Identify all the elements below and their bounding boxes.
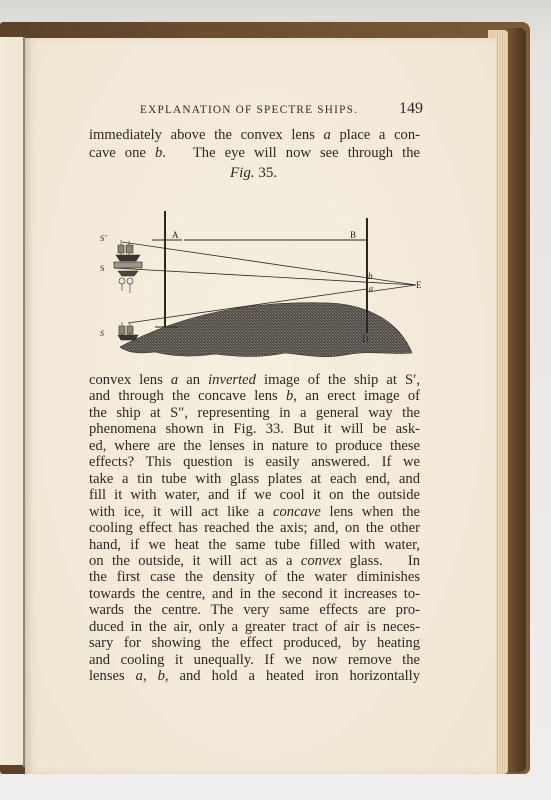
text-line: with ice, it will act like a concave len… — [89, 504, 420, 520]
label-b: b — [368, 271, 373, 281]
text-line: and cooling it unequally. If we now remo… — [89, 652, 420, 668]
left-page-sliver — [0, 37, 24, 765]
label-S: S — [100, 329, 104, 338]
text-line: sary for showing the effect produced, by… — [89, 635, 420, 651]
text-line: cooling effect has reached the axis; and… — [89, 520, 420, 536]
figure-35-diagram: A B b a E D S˝ S S — [100, 205, 430, 365]
text-line: hand, if we heat the same tube filled wi… — [89, 537, 420, 553]
text-line: convex lens a an inverted image of the s… — [89, 372, 420, 388]
text-line: fill it with water, and if we cool it on… — [89, 487, 420, 503]
label-a: a — [369, 284, 373, 293]
label-S-double-prime: S˝ — [100, 234, 107, 243]
lens-diagram-svg: A B b a E D S˝ S S — [100, 205, 430, 365]
italic-a: a — [324, 127, 331, 143]
text-line: and through the concave lens b, an erect… — [89, 388, 420, 404]
text-line: cave one b. The eye will now see through… — [89, 145, 420, 163]
text-line: ed, where are the lenses in nature to pr… — [89, 438, 420, 454]
text-line: towards the centre, and in the second it… — [89, 586, 420, 602]
figure-caption-prefix: Fig. — [230, 165, 255, 181]
text-line: effects? This question is easily answere… — [89, 454, 420, 470]
running-title: EXPLANATION OF SPECTRE SHIPS. — [140, 104, 358, 116]
top-paragraph: immediately above the convex lens a plac… — [89, 127, 420, 162]
text-line: the ship at S″, representing in a genera… — [89, 405, 420, 421]
text-line: immediately above the convex lens a plac… — [89, 127, 420, 145]
text-line: wards the centre. The very same effects … — [89, 602, 420, 618]
figure-caption-number: 35. — [258, 165, 277, 181]
body-paragraph: convex lens a an inverted image of the s… — [89, 372, 420, 685]
text-line: lenses a, b, and hold a heated iron hori… — [89, 668, 420, 684]
figure-caption: Fig. 35. — [230, 165, 277, 182]
label-B: B — [350, 230, 356, 240]
ship-real — [118, 322, 138, 340]
label-S-prime: S — [100, 264, 104, 273]
page-number: 149 — [399, 100, 423, 118]
italic-b: b — [155, 145, 162, 161]
label-D: D — [362, 334, 369, 344]
label-E: E — [416, 280, 422, 290]
text-line: on the outside, it will act as a convex … — [89, 553, 420, 569]
book-cover-edge — [506, 28, 526, 772]
text-line: phenomena shown in Fig. 33. But it will … — [89, 421, 420, 437]
running-head: EXPLANATION OF SPECTRE SHIPS. 149 — [140, 100, 423, 118]
ship-image-inverted — [118, 271, 138, 293]
label-A: A — [172, 230, 179, 240]
earth-curvature — [120, 303, 412, 357]
text-line: duced in the air, only a greater tract o… — [89, 619, 420, 635]
text-line: take a tin tube with glass plates at eac… — [89, 471, 420, 487]
text-line: the first case the density of the water … — [89, 569, 420, 585]
